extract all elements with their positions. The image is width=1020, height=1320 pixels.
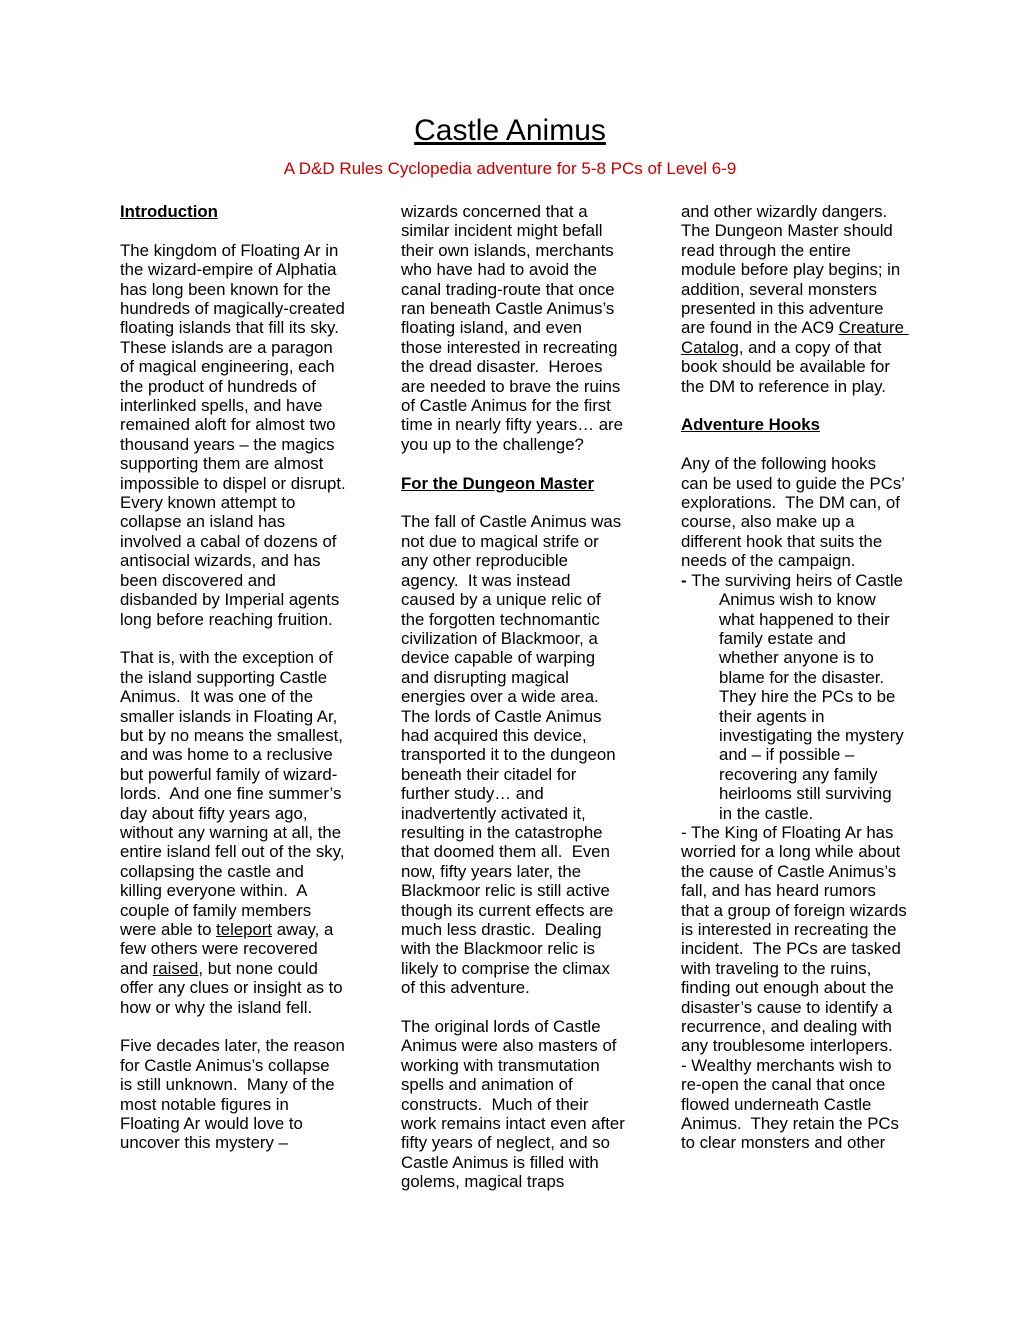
text-run: Five decades later, the reason for Castl… — [120, 1036, 350, 1152]
text-run: That is, with the exception of the islan… — [120, 648, 349, 939]
section-heading: Introduction — [120, 202, 346, 221]
paragraph: The original lords of Castle Animus were… — [401, 1017, 627, 1192]
text-run: Adventure Hooks — [681, 415, 820, 434]
paragraph: and other wizardly dangers. The Dungeon … — [681, 202, 907, 396]
paragraph: - The surviving heirs of Castle Animus w… — [681, 571, 907, 823]
text-run: teleport — [216, 920, 272, 939]
paragraph: The fall of Castle Animus was not due to… — [401, 512, 627, 997]
text-run: The fall of Castle Animus was not due to… — [401, 512, 626, 997]
text-run: - Wealthy merchants wish to re-open the … — [681, 1056, 904, 1153]
text-run: For the Dungeon Master — [401, 474, 594, 493]
section-heading: For the Dungeon Master — [401, 474, 627, 493]
text-run: and other wizardly dangers. The Dungeon … — [681, 202, 905, 337]
paragraph: The kingdom of Floating Ar in the wizard… — [120, 241, 346, 629]
text-run: Introduction — [120, 202, 218, 221]
text-run: - — [681, 571, 691, 590]
document-title: Castle Animus — [0, 114, 1020, 148]
text-column-1: IntroductionThe kingdom of Floating Ar i… — [120, 202, 346, 1172]
section-heading: Adventure Hooks — [681, 415, 907, 434]
text-column-3: and other wizardly dangers. The Dungeon … — [681, 202, 907, 1153]
text-run: - The King of Floating Ar has worried fo… — [681, 823, 911, 1055]
text-run: raised — [153, 959, 199, 978]
paragraph: Any of the following hooks can be used t… — [681, 454, 907, 570]
text-run: The surviving heirs of Castle Animus wis… — [691, 571, 908, 823]
paragraph: - The King of Floating Ar has worried fo… — [681, 823, 907, 1056]
document-subtitle: A D&D Rules Cyclopedia adventure for 5-8… — [0, 159, 1020, 179]
text-run: Any of the following hooks can be used t… — [681, 454, 909, 570]
text-column-2: wizards concerned that a similar inciden… — [401, 202, 627, 1211]
paragraph: wizards concerned that a similar inciden… — [401, 202, 627, 454]
paragraph: Five decades later, the reason for Castl… — [120, 1036, 346, 1152]
text-run: wizards concerned that a similar inciden… — [401, 202, 628, 454]
text-run: The original lords of Castle Animus were… — [401, 1017, 630, 1191]
document-page: Castle Animus A D&D Rules Cyclopedia adv… — [0, 0, 1020, 1320]
paragraph: - Wealthy merchants wish to re-open the … — [681, 1056, 907, 1153]
text-run: The kingdom of Floating Ar in the wizard… — [120, 241, 355, 629]
paragraph: That is, with the exception of the islan… — [120, 648, 346, 1017]
